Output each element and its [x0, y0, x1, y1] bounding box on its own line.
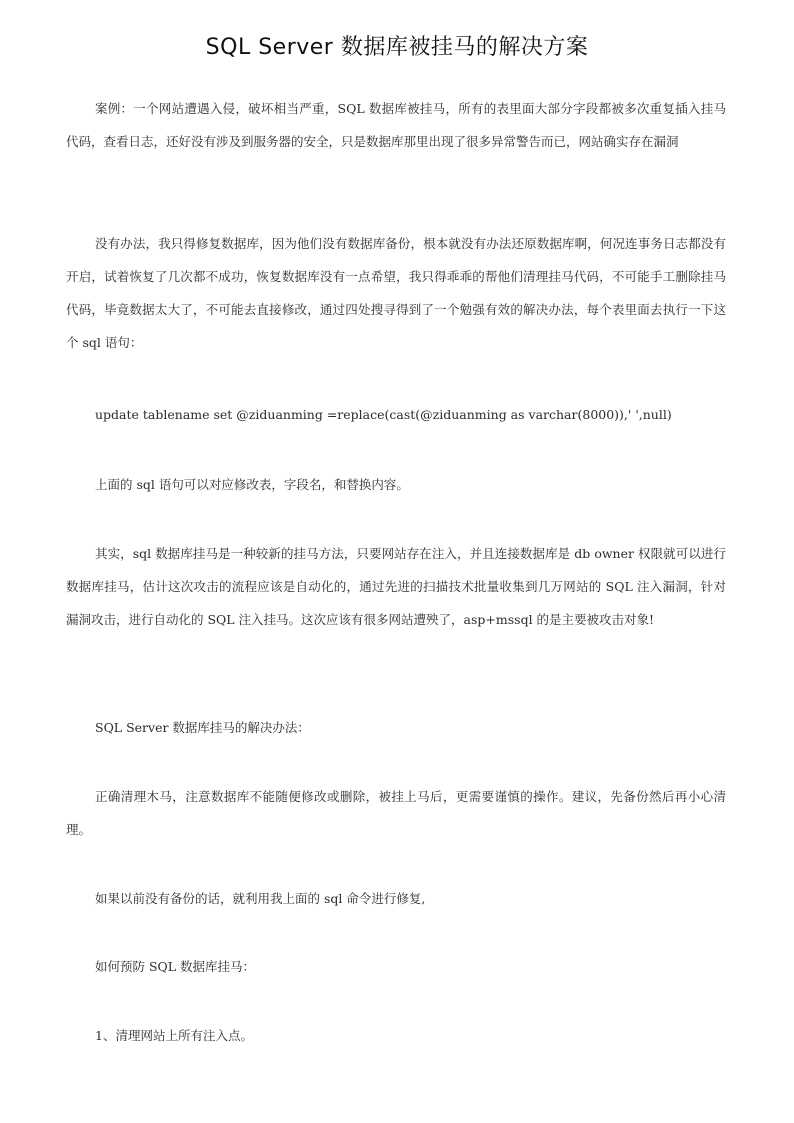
paragraph-sql-statement: update tablename set @ziduanming =replac…	[66, 398, 726, 431]
document-page: SQL Server 数据库被挂马的解决方案 案例：一个网站遭遇入侵，破坏相当严…	[0, 0, 794, 1123]
paragraph-prevention-step-1: 1、清理网站上所有注入点。	[66, 1019, 726, 1052]
document-title: SQL Server 数据库被挂马的解决方案	[0, 30, 794, 61]
paragraph-no-backup: 如果以前没有备份的话，就利用我上面的 sql 命令进行修复,	[66, 882, 726, 915]
paragraph-repair-attempt: 没有办法，我只得修复数据库，因为他们没有数据库备份，根本就没有办法还原数据库啊，…	[66, 227, 726, 359]
paragraph-prevention-heading: 如何预防 SQL 数据库挂马：	[66, 950, 726, 983]
paragraph-sql-explanation: 上面的 sql 语句可以对应修改表，字段名，和替换内容。	[66, 468, 726, 501]
paragraph-solution-heading: SQL Server 数据库挂马的解决办法：	[66, 711, 726, 744]
paragraph-attack-analysis: 其实，sql 数据库挂马是一种较新的挂马方法，只要网站存在注入，并且连接数据库是…	[66, 537, 726, 636]
paragraph-cleanup-advice: 正确清理木马，注意数据库不能随便修改或删除，被挂上马后，更需要谨慎的操作。建议，…	[66, 780, 726, 846]
paragraph-case-intro: 案例：一个网站遭遇入侵，破坏相当严重，SQL 数据库被挂马，所有的表里面大部分字…	[66, 92, 726, 158]
